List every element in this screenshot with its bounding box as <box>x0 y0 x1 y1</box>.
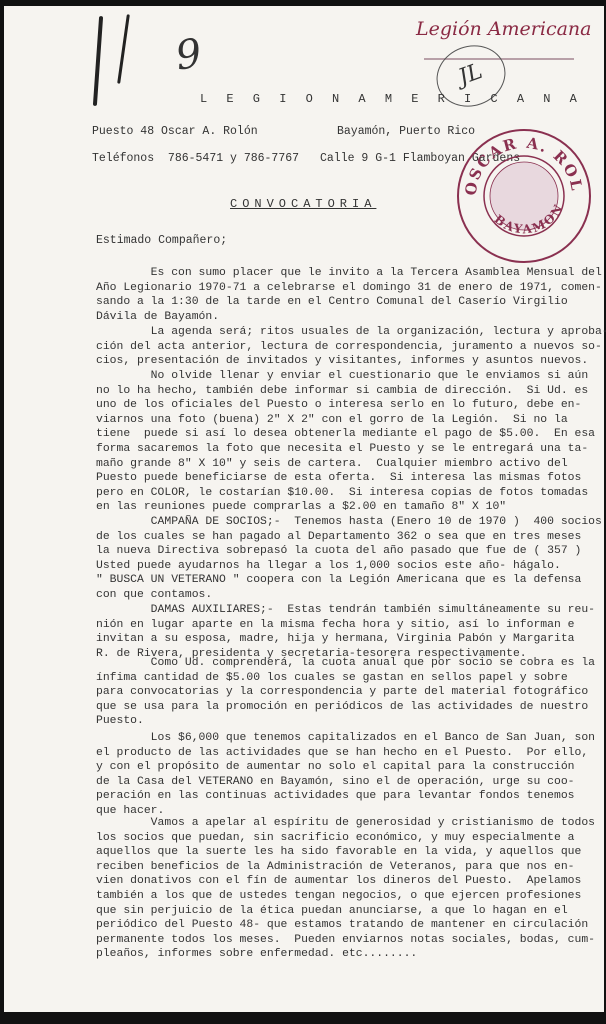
paragraph-donations-appeal: Vamos a apelar al espíritu de generosida… <box>96 816 566 962</box>
handwritten-stroke <box>93 16 103 106</box>
paragraph-questionnaire: No olvide llenar y enviar el cuestionari… <box>96 369 566 515</box>
letterhead-title: L E G I O N A M E R I C A N A <box>200 92 583 106</box>
letterhead-post: Puesto 48 Oscar A. Rolón <box>92 125 258 138</box>
paragraph-capital: Los $6,000 que tenemos capitalizados en … <box>96 731 566 819</box>
letterhead-phones: Teléfonos 786-5471 y 786-7767 <box>92 152 299 165</box>
paragraph-agenda: La agenda será; ritos usuales de la orga… <box>96 325 566 369</box>
paragraph-annual-dues: Como Ud. comprenderá, la cuota anual que… <box>96 656 566 729</box>
scan-border-bottom <box>0 1012 606 1024</box>
rubber-stamp-icon: OSCAR A. ROLON — Post 48 BAYAMON <box>454 126 594 266</box>
handwritten-note: Legión Americana <box>416 18 592 40</box>
paragraph-ladies-auxiliary: DAMAS AUXILIARES;- Estas tendrán también… <box>96 603 566 661</box>
paragraph-membership-campaign: CAMPAÑA DE SOCIOS;- Tenemos hasta (Enero… <box>96 515 566 603</box>
document-page: 9 Legión Americana JL L E G I O N A M E … <box>4 6 604 1012</box>
paragraph-invitation: Es con sumo placer que le invito a la Te… <box>96 266 566 324</box>
greeting: Estimado Compañero; <box>96 234 227 247</box>
handwritten-stroke <box>117 14 130 84</box>
document-title: CONVOCATORIA <box>230 197 376 211</box>
handwritten-page-mark: 9 <box>173 30 205 79</box>
